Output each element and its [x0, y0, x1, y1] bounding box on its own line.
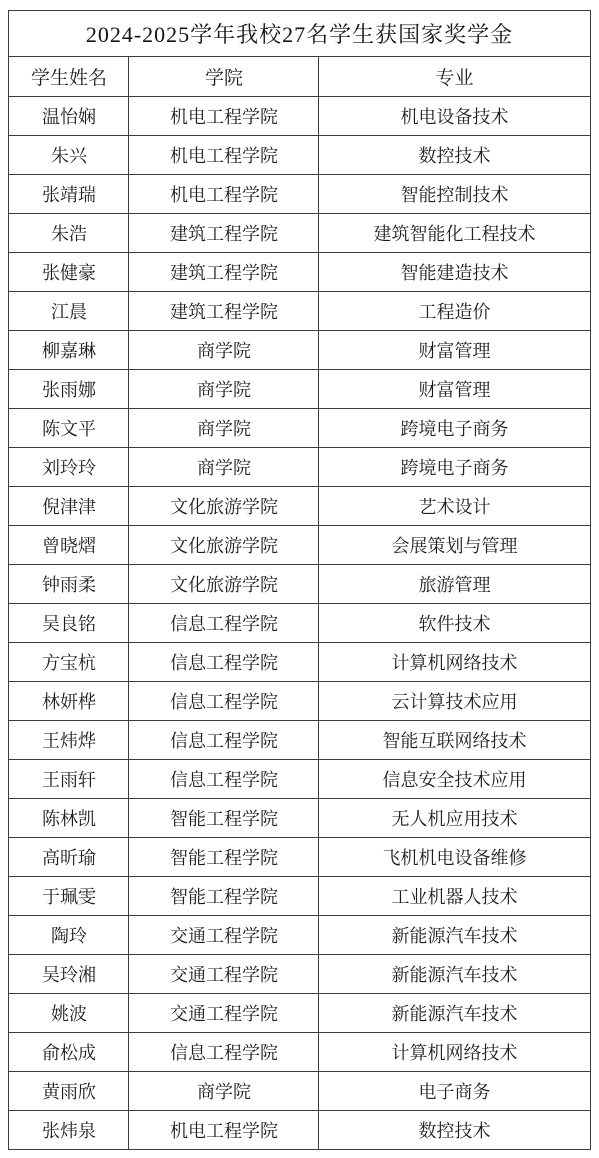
table-row: 陈林凯智能工程学院无人机应用技术 [9, 799, 590, 838]
student-name-cell: 倪津津 [9, 487, 129, 526]
student-name-cell: 林妍桦 [9, 682, 129, 721]
major-cell: 计算机网络技术 [319, 643, 590, 682]
major-cell: 跨境电子商务 [319, 409, 590, 448]
column-header-major: 专业 [319, 57, 590, 97]
table-row: 倪津津文化旅游学院艺术设计 [9, 487, 590, 526]
college-cell: 交通工程学院 [129, 994, 319, 1033]
table-row: 钟雨柔文化旅游学院旅游管理 [9, 565, 590, 604]
student-name-cell: 张炜泉 [9, 1111, 129, 1150]
student-name-cell: 温怡娴 [9, 97, 129, 136]
college-cell: 机电工程学院 [129, 1111, 319, 1150]
header-row: 学生姓名 学院 专业 [9, 57, 590, 97]
college-cell: 交通工程学院 [129, 916, 319, 955]
major-cell: 财富管理 [319, 370, 590, 409]
student-name-cell: 陶玲 [9, 916, 129, 955]
student-name-cell: 陈文平 [9, 409, 129, 448]
table-row: 姚波交通工程学院新能源汽车技术 [9, 994, 590, 1033]
college-cell: 交通工程学院 [129, 955, 319, 994]
student-name-cell: 方宝杭 [9, 643, 129, 682]
major-cell: 数控技术 [319, 1111, 590, 1150]
college-cell: 机电工程学院 [129, 136, 319, 175]
major-cell: 工程造价 [319, 292, 590, 331]
college-cell: 商学院 [129, 448, 319, 487]
college-cell: 信息工程学院 [129, 721, 319, 760]
table-row: 王炜烨信息工程学院智能互联网络技术 [9, 721, 590, 760]
major-cell: 数控技术 [319, 136, 590, 175]
major-cell: 智能控制技术 [319, 175, 590, 214]
student-name-cell: 姚波 [9, 994, 129, 1033]
table-row: 黄雨欣商学院电子商务 [9, 1072, 590, 1111]
major-cell: 机电设备技术 [319, 97, 590, 136]
student-name-cell: 张健豪 [9, 253, 129, 292]
major-cell: 计算机网络技术 [319, 1033, 590, 1072]
major-cell: 财富管理 [319, 331, 590, 370]
major-cell: 艺术设计 [319, 487, 590, 526]
table-row: 陶玲交通工程学院新能源汽车技术 [9, 916, 590, 955]
table-row: 吴玲湘交通工程学院新能源汽车技术 [9, 955, 590, 994]
major-cell: 跨境电子商务 [319, 448, 590, 487]
major-cell: 建筑智能化工程技术 [319, 214, 590, 253]
table-row: 高昕瑜智能工程学院飞机机电设备维修 [9, 838, 590, 877]
major-cell: 会展策划与管理 [319, 526, 590, 565]
college-cell: 文化旅游学院 [129, 565, 319, 604]
student-name-cell: 江晨 [9, 292, 129, 331]
student-name-cell: 王炜烨 [9, 721, 129, 760]
table-row: 吴良铭信息工程学院软件技术 [9, 604, 590, 643]
table-row: 柳嘉琳商学院财富管理 [9, 331, 590, 370]
college-cell: 建筑工程学院 [129, 214, 319, 253]
major-cell: 新能源汽车技术 [319, 955, 590, 994]
college-cell: 智能工程学院 [129, 799, 319, 838]
major-cell: 智能互联网络技术 [319, 721, 590, 760]
major-cell: 无人机应用技术 [319, 799, 590, 838]
table-row: 温怡娴机电工程学院机电设备技术 [9, 97, 590, 136]
college-cell: 商学院 [129, 331, 319, 370]
college-cell: 文化旅游学院 [129, 487, 319, 526]
student-name-cell: 柳嘉琳 [9, 331, 129, 370]
college-cell: 信息工程学院 [129, 604, 319, 643]
table-row: 张雨娜商学院财富管理 [9, 370, 590, 409]
table-body: 温怡娴机电工程学院机电设备技术朱兴机电工程学院数控技术张靖瑞机电工程学院智能控制… [9, 97, 590, 1150]
student-name-cell: 陈林凯 [9, 799, 129, 838]
major-cell: 新能源汽车技术 [319, 916, 590, 955]
student-name-cell: 黄雨欣 [9, 1072, 129, 1111]
table-row: 张炜泉机电工程学院数控技术 [9, 1111, 590, 1150]
student-name-cell: 朱浩 [9, 214, 129, 253]
major-cell: 飞机机电设备维修 [319, 838, 590, 877]
table-title: 2024-2025学年我校27名学生获国家奖学金 [9, 11, 590, 57]
table-row: 朱浩建筑工程学院建筑智能化工程技术 [9, 214, 590, 253]
college-cell: 建筑工程学院 [129, 292, 319, 331]
college-cell: 文化旅游学院 [129, 526, 319, 565]
college-cell: 信息工程学院 [129, 1033, 319, 1072]
table-row: 于珮雯智能工程学院工业机器人技术 [9, 877, 590, 916]
college-cell: 建筑工程学院 [129, 253, 319, 292]
table-row: 曾晓熠文化旅游学院会展策划与管理 [9, 526, 590, 565]
student-name-cell: 刘玲玲 [9, 448, 129, 487]
student-name-cell: 高昕瑜 [9, 838, 129, 877]
major-cell: 新能源汽车技术 [319, 994, 590, 1033]
college-cell: 信息工程学院 [129, 760, 319, 799]
table-row: 朱兴机电工程学院数控技术 [9, 136, 590, 175]
student-name-cell: 吴良铭 [9, 604, 129, 643]
column-header-college: 学院 [129, 57, 319, 97]
college-cell: 机电工程学院 [129, 97, 319, 136]
college-cell: 信息工程学院 [129, 643, 319, 682]
table-row: 林妍桦信息工程学院云计算技术应用 [9, 682, 590, 721]
major-cell: 信息安全技术应用 [319, 760, 590, 799]
student-name-cell: 王雨轩 [9, 760, 129, 799]
student-name-cell: 俞松成 [9, 1033, 129, 1072]
scholarship-table: 2024-2025学年我校27名学生获国家奖学金 学生姓名 学院 专业 温怡娴机… [8, 10, 590, 1150]
major-cell: 智能建造技术 [319, 253, 590, 292]
table-row: 张健豪建筑工程学院智能建造技术 [9, 253, 590, 292]
table-row: 方宝杭信息工程学院计算机网络技术 [9, 643, 590, 682]
table-row: 刘玲玲商学院跨境电子商务 [9, 448, 590, 487]
table-row: 王雨轩信息工程学院信息安全技术应用 [9, 760, 590, 799]
major-cell: 旅游管理 [319, 565, 590, 604]
student-name-cell: 吴玲湘 [9, 955, 129, 994]
student-name-cell: 钟雨柔 [9, 565, 129, 604]
college-cell: 商学院 [129, 409, 319, 448]
student-name-cell: 张靖瑞 [9, 175, 129, 214]
major-cell: 工业机器人技术 [319, 877, 590, 916]
table-row: 俞松成信息工程学院计算机网络技术 [9, 1033, 590, 1072]
major-cell: 电子商务 [319, 1072, 590, 1111]
college-cell: 智能工程学院 [129, 838, 319, 877]
column-header-student-name: 学生姓名 [9, 57, 129, 97]
student-name-cell: 于珮雯 [9, 877, 129, 916]
title-row: 2024-2025学年我校27名学生获国家奖学金 [9, 11, 590, 57]
table-row: 张靖瑞机电工程学院智能控制技术 [9, 175, 590, 214]
student-name-cell: 曾晓熠 [9, 526, 129, 565]
college-cell: 机电工程学院 [129, 175, 319, 214]
major-cell: 云计算技术应用 [319, 682, 590, 721]
college-cell: 智能工程学院 [129, 877, 319, 916]
major-cell: 软件技术 [319, 604, 590, 643]
college-cell: 信息工程学院 [129, 682, 319, 721]
college-cell: 商学院 [129, 1072, 319, 1111]
college-cell: 商学院 [129, 370, 319, 409]
student-name-cell: 张雨娜 [9, 370, 129, 409]
table-row: 陈文平商学院跨境电子商务 [9, 409, 590, 448]
table-row: 江晨建筑工程学院工程造价 [9, 292, 590, 331]
student-name-cell: 朱兴 [9, 136, 129, 175]
